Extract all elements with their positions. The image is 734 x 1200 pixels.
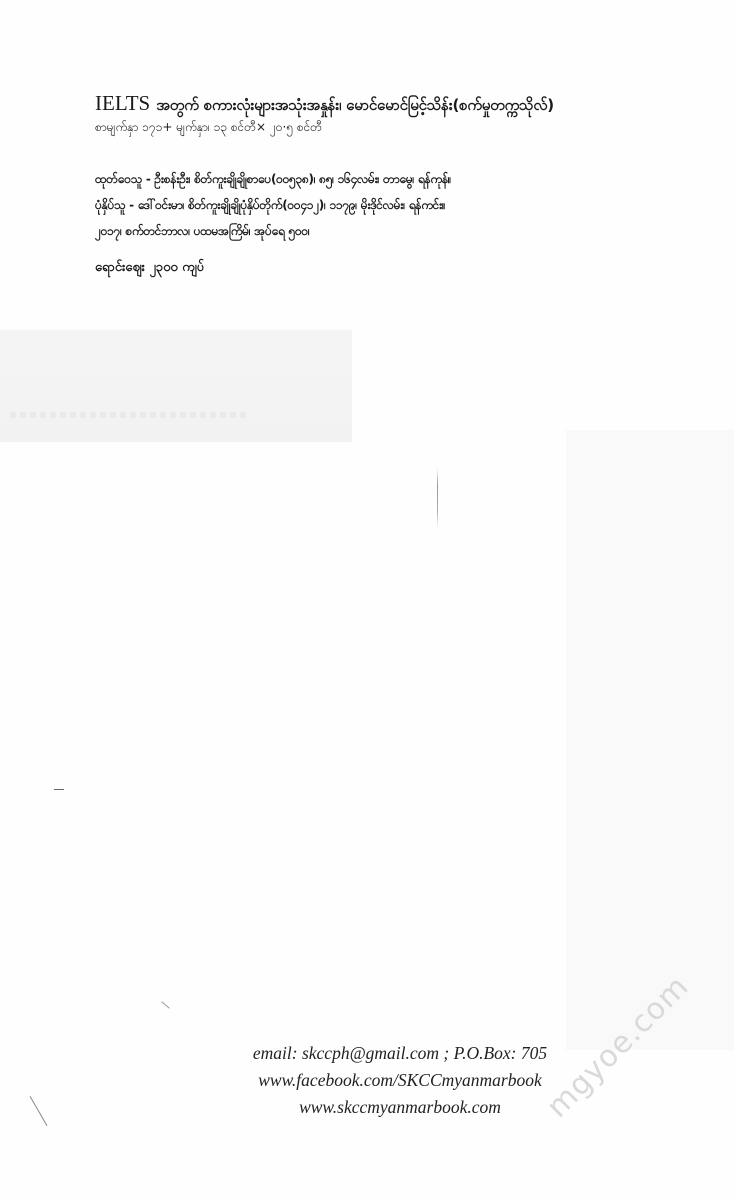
imprint-details: ထုတ်ဝေသူ - ဦးစန်းဦး၊ စိတ်ကူးချိုချိုစာပေ…: [95, 166, 655, 244]
book-title-line: IELTSအတွက် စကားလုံးများအသုံးအနှုန်း၊ မော…: [95, 92, 655, 116]
printer-line: ပုံနှိပ်သူ - ဒေါ်ဝင်းမာ၊ စိတ်ကူးချိုချို…: [95, 192, 655, 218]
edition-line: ၂၀၁၇၊ စက်တင်ဘာလ၊ ပထမအကြိမ်၊ အုပ်ရေ ၅၀၀၊: [95, 218, 655, 244]
book-title-latin: IELTS: [95, 91, 150, 115]
email-line: email: skccph@gmail.com ; P.O.Box: 705: [200, 1040, 600, 1067]
facebook-link: www.facebook.com/SKCCmyanmarbook: [200, 1067, 600, 1094]
scan-bleed-through: [10, 412, 250, 418]
colophon-block: IELTSအတွက် စကားလုံးများအသုံးအနှုန်း၊ မော…: [95, 92, 655, 280]
publisher-contact: email: skccph@gmail.com ; P.O.Box: 705 w…: [200, 1040, 600, 1121]
page-count-dimensions: စာမျက်နှာ ၁၇၁+ မျက်နှာ၊ ၁၃ စင်တီ× ၂၀·၅ စ…: [95, 116, 655, 138]
book-colophon-page: IELTSအတွက် စကားလုံးများအသုံးအနှုန်း၊ မော…: [0, 0, 734, 1200]
scan-artifact-dash: [54, 789, 64, 790]
price-line: ရောင်းဈေး ၂၃၀၀ ကျပ်: [95, 256, 655, 280]
scan-shadow-band: [0, 330, 352, 442]
scan-artifact-slash: [30, 1096, 48, 1126]
scan-artifact-tick: [161, 1001, 169, 1008]
scan-shadow-strip: [566, 430, 734, 1050]
publisher-line: ထုတ်ဝေသူ - ဦးစန်းဦး၊ စိတ်ကူးချိုချိုစာပေ…: [95, 166, 655, 192]
book-title-myanmar: အတွက် စကားလုံးများအသုံးအနှုန်း၊ မောင်မော…: [156, 96, 554, 114]
scan-artifact-vertical: [437, 468, 438, 528]
